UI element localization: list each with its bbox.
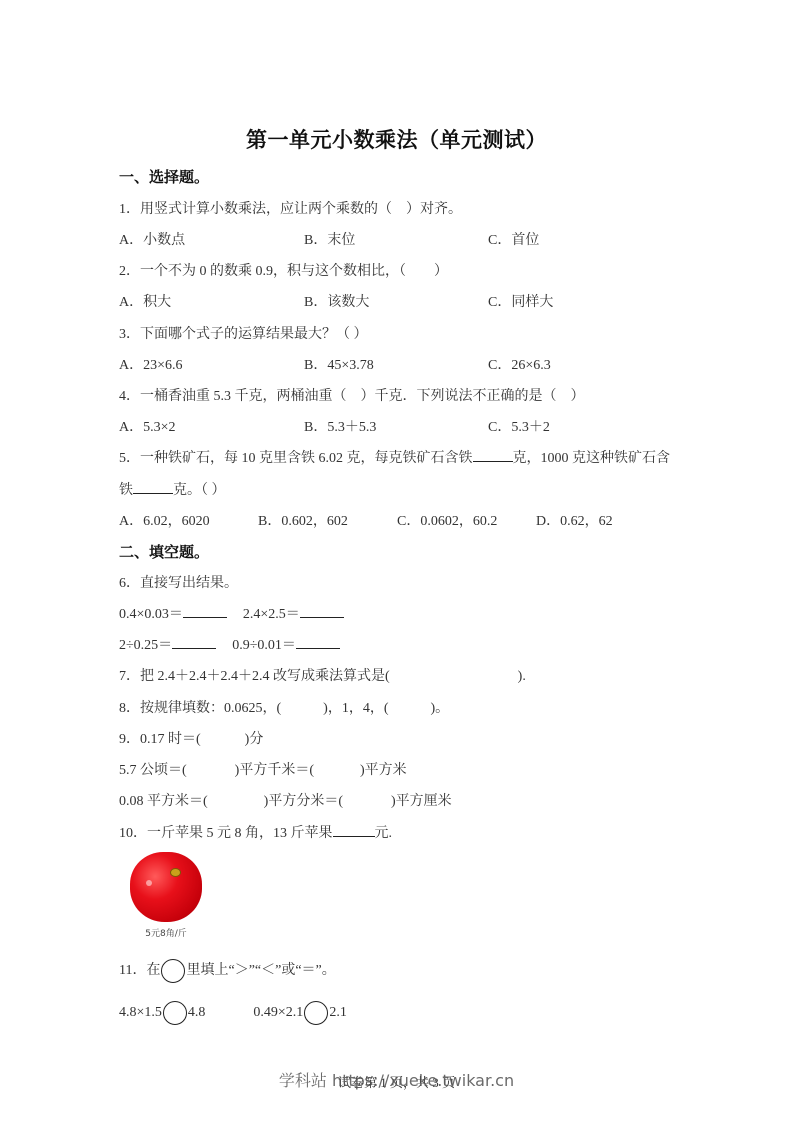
q10-blank[interactable] [333, 822, 375, 837]
q9-text-2c: )平方米 [360, 763, 407, 778]
q1-option-c[interactable]: C．首位 [488, 229, 539, 249]
circle-icon [161, 959, 185, 983]
question-6-stem: 6．直接写出结果。 [119, 572, 238, 592]
q6-blank-1[interactable] [183, 603, 227, 618]
apple-image: 5元8角/斤 [128, 852, 208, 939]
q6-row-2: 2÷0.25＝0.9÷0.01＝ [119, 634, 340, 654]
question-4-stem: 4．一桶香油重 5.3 千克，两桶油重（ ）千克．下列说法不正确的是（ ） [119, 385, 585, 405]
q3-option-a[interactable]: A．23×6.6 [119, 354, 183, 374]
q2-option-b[interactable]: B．该数大 [304, 291, 369, 311]
q5-option-b[interactable]: B．0.602，602 [258, 510, 348, 530]
q4-option-c[interactable]: C．5.3＋2 [488, 416, 550, 436]
q11-comparisons: 4.8×1.54.80.49×2.12.1 [119, 1001, 347, 1025]
section-heading-choice: 一、选择题。 [119, 166, 209, 187]
q9-text-1a: 9．0.17 时＝( [119, 732, 201, 747]
q9-text-1b: )分 [245, 732, 264, 747]
q9-text-3a: 0.08 平方米＝( [119, 794, 208, 809]
page-title: 第一单元小数乘法（单元测试） [0, 124, 793, 154]
q9-text-3c: )平方厘米 [391, 794, 452, 809]
q6-expr-1: 0.4×0.03＝ [119, 607, 183, 622]
q10-text-before: 10．一斤苹果 5 元 8 角，13 斤苹果 [119, 826, 333, 841]
q9-text-2b: )平方千米＝( [235, 763, 314, 778]
question-10: 10．一斤苹果 5 元 8 角，13 斤苹果元. [119, 822, 392, 842]
q6-expr-2: 2.4×2.5＝ [243, 607, 300, 622]
question-5-stem-line1: 5．一种铁矿石，每 10 克里含铁 6.02 克，每克铁矿石含铁克，1000 克… [119, 447, 670, 467]
q5-text-4: 克。（ ） [173, 483, 226, 498]
q6-expr-3: 2÷0.25＝ [119, 638, 172, 653]
watermark: 学科站 https://xueke.twikar.cn [0, 1068, 793, 1091]
question-9-line-1: 9．0.17 时＝()分 [119, 728, 263, 748]
question-5-stem-line2: 铁克。（ ） [119, 479, 226, 499]
question-1-stem: 1．用竖式计算小数乘法，应让两个乘数的（ ）对齐。 [119, 198, 462, 218]
q8-text-1: 8．按规律填数：0.0625，( [119, 701, 281, 716]
q9-text-2a: 5.7 公顷＝( [119, 763, 187, 778]
question-3-stem: 3．下面哪个式子的运算结果最大？（ ） [119, 323, 368, 343]
q11-text-after: 里填上“＞”“＜”或“＝”。 [186, 963, 335, 978]
q5-option-a[interactable]: A．6.02，6020 [119, 510, 210, 530]
q9-text-3b: )平方分米＝( [264, 794, 343, 809]
q11-expr-1-left: 4.8×1.5 [119, 1005, 162, 1020]
q3-option-c[interactable]: C．26×6.3 [488, 354, 551, 374]
q5-option-c[interactable]: C．0.0602，60.2 [397, 510, 497, 530]
q5-text-2: 克，1000 克这种铁矿石含 [513, 451, 671, 466]
q6-blank-3[interactable] [172, 634, 216, 649]
q5-text-3: 铁 [119, 483, 133, 498]
q11-answer-circle-2[interactable] [304, 1001, 328, 1025]
q6-row-1: 0.4×0.03＝2.4×2.5＝ [119, 603, 344, 623]
question-7: 7．把 2.4＋2.4＋2.4＋2.4 改写成乘法算式是(). [119, 665, 526, 685]
q1-option-b[interactable]: B．末位 [304, 229, 355, 249]
q2-option-c[interactable]: C．同样大 [488, 291, 553, 311]
apple-price-caption: 5元8角/斤 [128, 926, 204, 939]
question-9-line-3: 0.08 平方米＝()平方分米＝()平方厘米 [119, 790, 452, 810]
q6-blank-2[interactable] [300, 603, 344, 618]
q4-option-a[interactable]: A．5.3×2 [119, 416, 176, 436]
q5-blank-2[interactable] [133, 479, 173, 494]
q5-text-1: 5．一种铁矿石，每 10 克里含铁 6.02 克，每克铁矿石含铁 [119, 451, 473, 466]
q11-answer-circle-1[interactable] [163, 1001, 187, 1025]
q6-blank-4[interactable] [296, 634, 340, 649]
question-2-stem: 2．一个不为 0 的数乘 0.9，积与这个数相比，（ ） [119, 260, 448, 280]
q7-text-before: 7．把 2.4＋2.4＋2.4＋2.4 改写成乘法算式是( [119, 669, 390, 684]
q10-text-after: 元. [375, 826, 393, 841]
q6-expr-4: 0.9÷0.01＝ [232, 638, 296, 653]
q11-expr-2-left: 0.49×2.1 [253, 1005, 303, 1020]
q4-option-b[interactable]: B．5.3＋5.3 [304, 416, 376, 436]
q11-expr-1-right: 4.8 [188, 1005, 206, 1020]
q3-option-b[interactable]: B．45×3.78 [304, 354, 374, 374]
q7-text-after: ). [518, 669, 526, 684]
q11-text-before: 11．在 [119, 963, 160, 978]
q5-option-d[interactable]: D．0.62，62 [536, 510, 613, 530]
q8-text-2: )，1，4，( [323, 701, 388, 716]
question-11-stem: 11．在里填上“＞”“＜”或“＝”。 [119, 959, 336, 983]
question-8: 8．按规律填数：0.0625，()，1，4，()。 [119, 697, 449, 717]
question-9-line-2: 5.7 公顷＝()平方千米＝()平方米 [119, 759, 407, 779]
q1-option-a[interactable]: A．小数点 [119, 229, 185, 249]
q11-expr-2-right: 2.1 [329, 1005, 347, 1020]
q8-text-3: )。 [431, 701, 450, 716]
apple-icon [130, 852, 202, 922]
q5-blank-1[interactable] [473, 447, 513, 462]
section-heading-fill: 二、填空题。 [119, 541, 209, 562]
q2-option-a[interactable]: A．积大 [119, 291, 171, 311]
